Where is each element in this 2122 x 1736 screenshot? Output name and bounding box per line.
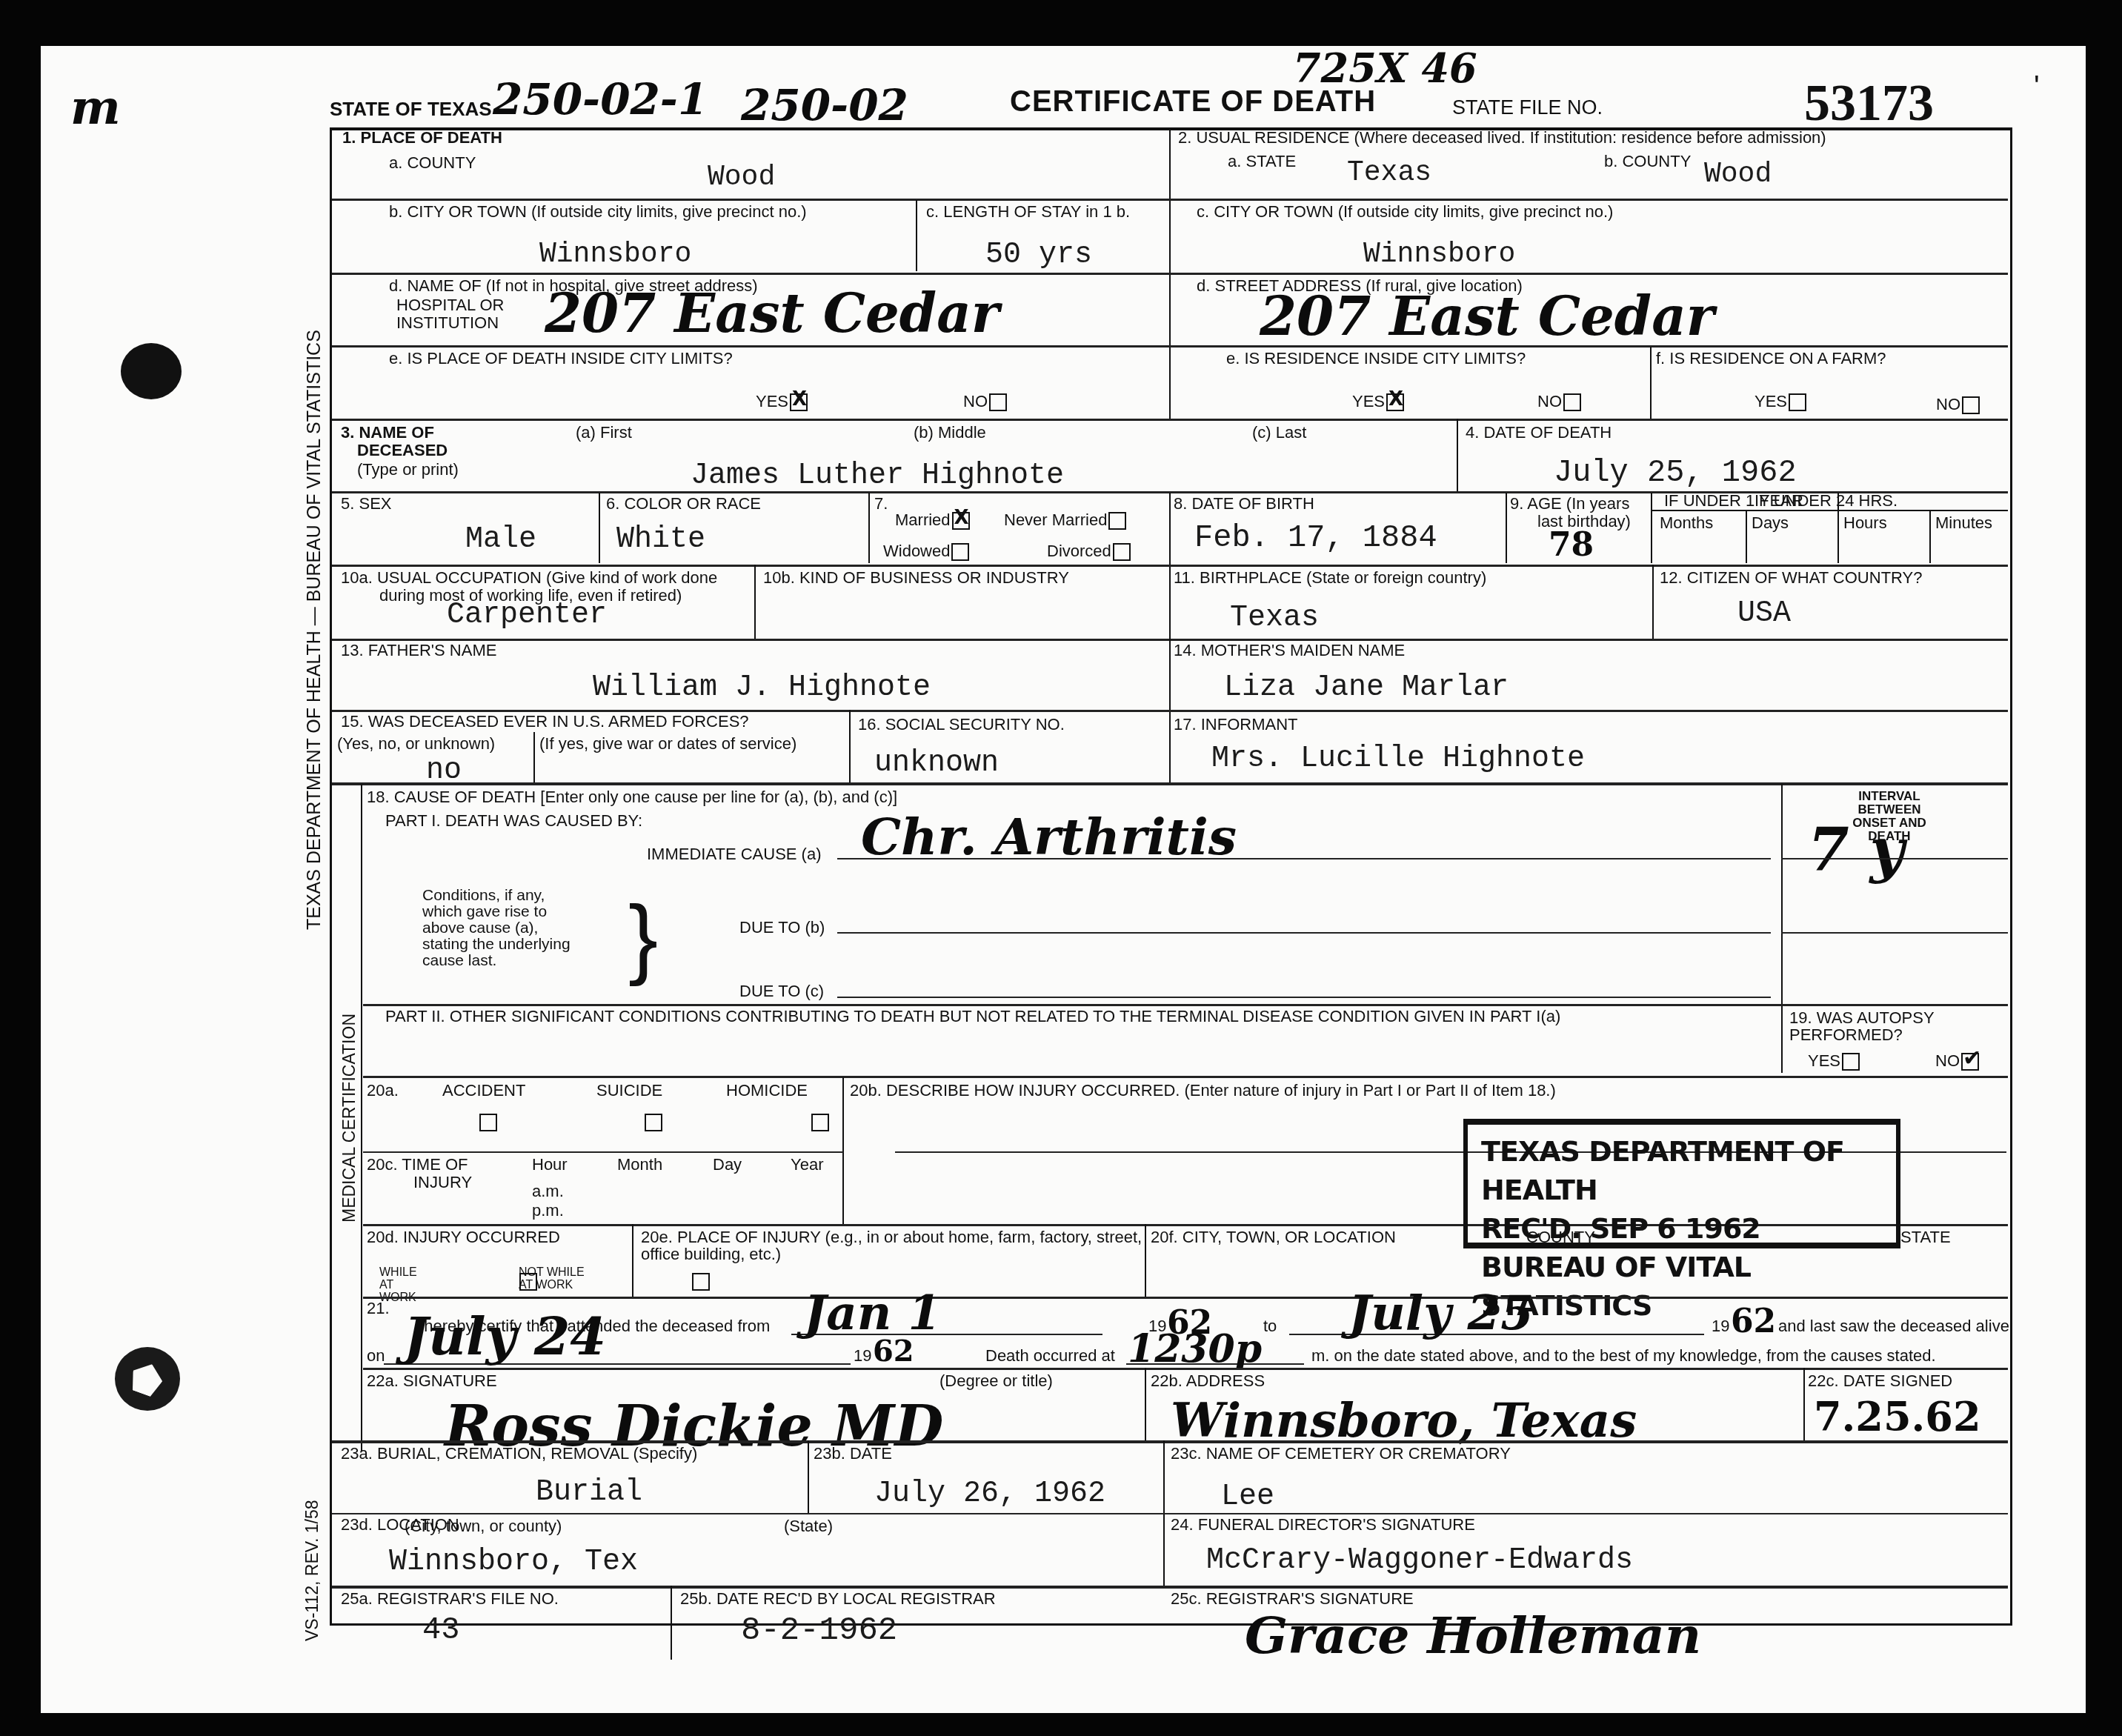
res-farm-no[interactable]: NO (1936, 396, 1980, 414)
immediate-cause-label: IMMEDIATE CAUSE (a) (647, 845, 822, 862)
certificate-header: STATE OF TEXAS 250-02-1 250-02 CERTIFICA… (330, 44, 2012, 130)
to-label: to (1263, 1317, 1277, 1334)
registrar-signature: Grace Holleman (1245, 1606, 1701, 1666)
side-department-label: TEXAS DEPARTMENT OF HEALTH — BUREAU OF V… (304, 330, 325, 930)
checkbox-empty[interactable] (1113, 543, 1131, 561)
age-label: 9. AGE (In years (1510, 495, 1629, 512)
cemetery-value: Lee (1221, 1480, 1274, 1514)
time-of-injury-label: 20c. TIME OF (367, 1156, 468, 1173)
state-label: STATE OF TEXAS (330, 98, 492, 121)
injury-city-label: 20f. CITY, TOWN, OR LOCATION (1151, 1228, 1396, 1246)
signature-label: 22a. SIGNATURE (367, 1372, 497, 1389)
location-state-label: (State) (784, 1517, 833, 1534)
minutes-label: Minutes (1935, 514, 1992, 531)
name-label-2: DECEASED (357, 442, 448, 459)
divider (1803, 1368, 1805, 1442)
binder-hole-bottom (115, 1347, 180, 1411)
divider (599, 493, 600, 563)
marital-married[interactable]: Married (895, 511, 970, 530)
date-of-death-value: July 25, 1962 (1554, 455, 1797, 490)
divider (533, 732, 535, 784)
marital-label: 7. (874, 495, 888, 512)
year-prefix-3: 19 (854, 1347, 871, 1364)
row-line (332, 782, 2008, 785)
funeral-director-value: McCrary-Waggoner-Edwards (1206, 1544, 1633, 1577)
stay-value: 50 yrs (985, 239, 1092, 272)
burial-date-label: 23b. DATE (814, 1445, 892, 1462)
pm-label: p.m. (532, 1202, 564, 1219)
last-name-label: (c) Last (1252, 424, 1306, 441)
deceased-name-value: James Luther Highnote (691, 459, 1064, 493)
res-county-value: Wood (1704, 159, 1772, 190)
divider (916, 200, 917, 271)
address-label: 22b. ADDRESS (1151, 1372, 1265, 1389)
autopsy-yes[interactable]: YES (1808, 1052, 1860, 1071)
divider (1652, 565, 1654, 639)
suicide-label: SUICIDE (596, 1082, 662, 1099)
certify-text-3: m. on the date stated above, and to the … (1311, 1347, 1936, 1364)
row-line (332, 565, 2008, 567)
father-label: 13. FATHER'S NAME (341, 642, 496, 659)
death-occurred-label: Death occurred at (985, 1347, 1115, 1364)
part2-label: PART II. OTHER SIGNIFICANT CONDITIONS CO… (385, 1008, 1560, 1025)
medical-divider (361, 784, 362, 1451)
age-value: 78 (1549, 526, 1594, 564)
interval-value: 7 y (1808, 815, 1904, 885)
row-line (363, 1368, 2008, 1370)
row-line (332, 1586, 2008, 1589)
checkbox-empty[interactable] (1789, 393, 1806, 411)
handwritten-code-1: 250-02-1 (493, 74, 708, 124)
row-line (332, 273, 2008, 275)
form-id-label: VS-112, REV. 1/58 (302, 1500, 322, 1641)
immediate-cause-value: Chr. Arthritis (861, 808, 1237, 867)
birthplace-label: 11. BIRTHPLACE (State or foreign country… (1174, 569, 1486, 586)
autopsy-no[interactable]: NO (1935, 1052, 1979, 1071)
stamp-line-1: TEXAS DEPARTMENT OF HEALTH (1481, 1132, 1896, 1209)
divider (1781, 784, 1783, 1073)
months-label: Months (1660, 514, 1713, 531)
informant-label: 17. INFORMANT (1174, 716, 1297, 733)
date-received-label: 25b. DATE REC'D BY LOCAL REGISTRAR (680, 1590, 996, 1607)
accident-label: ACCIDENT (442, 1082, 525, 1099)
name-label-3: (Type or print) (357, 461, 459, 478)
not-while-at-work[interactable]: NOT WHILE AT WORK (519, 1267, 585, 1292)
binder-hole-top (121, 343, 182, 399)
stay-label: c. LENGTH OF STAY in 1 b. (926, 203, 1148, 220)
checkbox-empty[interactable] (951, 543, 969, 561)
mother-value: Liza Jane Marlar (1224, 671, 1509, 705)
under-24-label: IF UNDER 24 HRS. (1755, 492, 1898, 509)
death-time-value: 1230p (1128, 1326, 1262, 1371)
occupation-label: 10a. USUAL OCCUPATION (Give kind of work… (341, 569, 717, 586)
certify-text-2: and last saw the deceased alive (1778, 1317, 2009, 1334)
divider (1651, 510, 2008, 511)
row-line (332, 1513, 2008, 1514)
marital-divorced[interactable]: Divorced (1047, 542, 1131, 561)
institution-label-2: HOSPITAL OR (396, 296, 504, 313)
pod-inside-no[interactable]: NO (963, 393, 1007, 411)
res-inside-limits-label: e. IS RESIDENCE INSIDE CITY LIMITS? (1226, 350, 1526, 367)
res-inside-no[interactable]: NO (1537, 393, 1581, 411)
certification-number: 21. (367, 1300, 390, 1317)
injury-state-label: STATE (1900, 1228, 1951, 1246)
dob-label: 8. DATE OF BIRTH (1174, 495, 1314, 512)
ssn-value: unknown (874, 747, 999, 780)
citizen-value: USA (1737, 597, 1791, 631)
corner-handwritten-mark: m (70, 80, 121, 136)
checkbox-empty[interactable] (1962, 396, 1980, 414)
place-of-death-label: 1. PLACE OF DEATH (342, 129, 502, 146)
divider (1650, 347, 1652, 419)
divider (868, 493, 870, 563)
usual-residence-label: 2. USUAL RESIDENCE (Where deceased lived… (1178, 129, 1826, 146)
describe-injury-label: 20b. DESCRIBE HOW INJURY OCCURRED. (Ente… (850, 1082, 1556, 1099)
date-signed-value: 7.25.62 (1814, 1393, 1980, 1440)
divider (632, 1224, 633, 1298)
to-year-value: 62 (1731, 1303, 1776, 1340)
checkbox-checked[interactable] (790, 393, 808, 411)
checkbox-empty[interactable] (1108, 512, 1126, 530)
informant-value: Mrs. Lucille Highnote (1211, 742, 1585, 776)
res-city-label: c. CITY OR TOWN (If outside city limits,… (1197, 203, 1613, 220)
armed-sub-label-2: (If yes, give war or dates of service) (539, 735, 796, 752)
attended-to-value: July 25 (1348, 1286, 1534, 1341)
checkbox-checked[interactable] (1961, 1053, 1979, 1071)
res-county-label: b. COUNTY (1604, 153, 1691, 170)
divider (1145, 1224, 1146, 1298)
conditions-note: Conditions, if any, which gave rise to a… (422, 888, 571, 969)
cemetery-label: 23c. NAME OF CEMETERY OR CREMATORY (1171, 1445, 1511, 1462)
race-label: 6. COLOR OR RACE (606, 495, 761, 512)
accident-checkbox[interactable] (479, 1114, 497, 1131)
divider (1837, 493, 1839, 563)
date-signed-label: 22c. DATE SIGNED (1808, 1372, 1952, 1389)
injury-occurred-label: 20d. INJURY OCCURRED (367, 1228, 560, 1246)
homicide-checkbox[interactable] (811, 1114, 829, 1131)
pod-city-label: b. CITY OR TOWN (If outside city limits,… (389, 203, 807, 220)
sex-value: Male (465, 523, 536, 556)
cause-line (837, 997, 1771, 998)
place-of-injury-label: 20e. PLACE OF INJURY (e.g., in or about … (641, 1228, 1145, 1263)
mother-label: 14. MOTHER'S MAIDEN NAME (1174, 642, 1405, 659)
divider (1746, 510, 1747, 563)
cause-line (1781, 858, 2008, 859)
injury-line (363, 1151, 843, 1153)
pod-inside-limits-label: e. IS PLACE OF DEATH INSIDE CITY LIMITS? (389, 350, 733, 367)
divider (849, 710, 851, 784)
last-seen-value: July 24 (404, 1306, 606, 1367)
dob-value: Feb. 17, 1884 (1194, 520, 1437, 556)
edge-mark: ' (2034, 70, 2040, 104)
res-city-value: Winnsboro (1363, 239, 1515, 270)
pod-inside-yes[interactable]: YES (756, 393, 808, 411)
middle-name-label: (b) Middle (914, 424, 986, 441)
not-while-at-work-checkbox[interactable] (692, 1273, 710, 1291)
stamp-line-2: REC'D. SEP 6 1962 (1481, 1209, 1896, 1248)
occupation-value: Carpenter (447, 599, 607, 632)
year-label: Year (791, 1156, 823, 1173)
checkbox-checked[interactable] (952, 512, 970, 530)
time-of-injury-label-2: INJURY (413, 1174, 472, 1191)
hours-label: Hours (1843, 514, 1887, 531)
state-file-number: 53173 (1804, 74, 1934, 133)
divider (1163, 1440, 1165, 1589)
pod-city-value: Winnsboro (539, 239, 691, 270)
handwritten-code-2: 250-02 (741, 80, 908, 130)
res-farm-label: f. IS RESIDENCE ON A FARM? (1656, 350, 1886, 367)
first-name-label: (a) First (576, 424, 632, 441)
year-prefix-2: 19 (1712, 1317, 1729, 1334)
registrar-signature-label: 25c. REGISTRAR'S SIGNATURE (1171, 1590, 1414, 1607)
industry-label: 10b. KIND OF BUSINESS OR INDUSTRY (763, 569, 1069, 586)
res-state-label: a. STATE (1228, 153, 1296, 170)
due-to-c-label: DUE TO (c) (739, 982, 824, 1000)
burial-value: Burial (536, 1476, 642, 1509)
suicide-checkbox[interactable] (645, 1114, 662, 1131)
days-label: Days (1752, 514, 1789, 531)
res-street-value: 207 East Cedar (1260, 285, 1714, 347)
last-seen-year-value: 62 (873, 1334, 914, 1368)
divider (1506, 493, 1507, 563)
divider (1457, 419, 1458, 493)
armed-sub-label-1: (Yes, no, or unknown) (337, 735, 495, 752)
name-label: 3. NAME OF (341, 424, 434, 441)
date-of-death-label: 4. DATE OF DEATH (1466, 424, 1612, 441)
handwritten-code-3: 725X 46 (1293, 44, 1477, 92)
ssn-label: 16. SOCIAL SECURITY NO. (858, 716, 1065, 733)
marital-never-married[interactable]: Never Married (1004, 511, 1126, 530)
funeral-director-label: 24. FUNERAL DIRECTOR'S SIGNATURE (1171, 1516, 1475, 1533)
received-stamp: TEXAS DEPARTMENT OF HEALTH REC'D. SEP 6 … (1463, 1119, 1900, 1248)
autopsy-label: 19. WAS AUTOPSY PERFORMED? (1789, 1009, 2004, 1043)
res-state-value: Texas (1347, 157, 1431, 189)
row-line (363, 1004, 2008, 1006)
state-file-label: STATE FILE NO. (1452, 96, 1603, 119)
pod-county-label: a. COUNTY (389, 154, 476, 171)
due-to-b-label: DUE TO (b) (739, 919, 825, 936)
row-line (332, 199, 2008, 201)
row-line (332, 1440, 2008, 1443)
row-line (363, 1076, 2008, 1078)
row-line (332, 419, 2008, 421)
registrar-file-value: 43 (422, 1612, 459, 1648)
day-label: Day (713, 1156, 742, 1173)
checkbox-empty[interactable] (989, 393, 1007, 411)
divider (808, 1440, 809, 1514)
pod-county-value: Wood (708, 162, 775, 193)
divider (671, 1586, 672, 1660)
divider (1651, 493, 1652, 563)
cause-line (837, 932, 1771, 934)
part1-label: PART I. DEATH WAS CAUSED BY: (385, 812, 642, 829)
marital-widowed[interactable]: Widowed (883, 542, 969, 561)
sex-label: 5. SEX (341, 495, 391, 512)
checkbox-checked[interactable] (1386, 393, 1404, 411)
location-value: Winnsboro, Tex (389, 1546, 638, 1579)
brace-icon: } (628, 893, 658, 982)
burial-date-value: July 26, 1962 (874, 1477, 1105, 1511)
month-label: Month (617, 1156, 662, 1173)
row-line (363, 1297, 2008, 1299)
checkbox-empty[interactable] (1842, 1053, 1860, 1071)
res-inside-yes[interactable]: YES (1352, 393, 1404, 411)
on-label: on (367, 1347, 385, 1364)
hour-label: Hour (532, 1156, 568, 1173)
row-line (332, 345, 2008, 347)
cause-of-death-label: 18. CAUSE OF DEATH [Enter only one cause… (367, 788, 897, 805)
location-city-label: (City, town, or county) (405, 1517, 562, 1534)
date-received-value: 8-2-1962 (741, 1612, 897, 1649)
father-value: William J. Highnote (593, 671, 931, 705)
burial-label: 23a. BURIAL, CREMATION, REMOVAL (Specify… (341, 1445, 697, 1462)
armed-forces-label: 15. WAS DECEASED EVER IN U.S. ARMED FORC… (341, 713, 749, 730)
am-label: a.m. (532, 1183, 564, 1200)
institution-value: 207 East Cedar (545, 282, 1000, 345)
res-farm-yes[interactable]: YES (1755, 393, 1806, 411)
cause-line (1781, 932, 2008, 934)
birthplace-value: Texas (1230, 602, 1319, 635)
stamp-line-3: BUREAU OF VITAL STATISTICS (1481, 1248, 1896, 1325)
citizen-label: 12. CITIZEN OF WHAT COUNTRY? (1660, 569, 1922, 586)
attended-from-value: Jan 1 (804, 1286, 941, 1341)
checkbox-empty[interactable] (1563, 393, 1581, 411)
divider (754, 565, 756, 639)
race-value: White (616, 523, 705, 556)
manner-label: 20a. (367, 1082, 399, 1099)
divider (1145, 1368, 1146, 1442)
registrar-file-label: 25a. REGISTRAR'S FILE NO. (341, 1590, 559, 1607)
divider (1169, 493, 1171, 641)
institution-label-3: INSTITUTION (396, 314, 499, 331)
homicide-label: HOMICIDE (726, 1082, 808, 1099)
degree-label: (Degree or title) (939, 1372, 1053, 1389)
divider (1929, 510, 1931, 563)
